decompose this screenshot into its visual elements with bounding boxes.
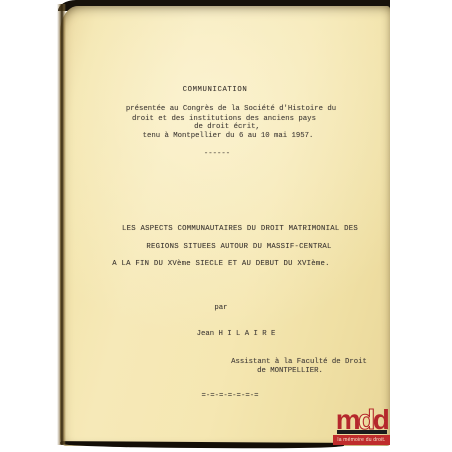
page-left-binding-shadow bbox=[57, 4, 66, 445]
page-bottom-edge-shadow bbox=[60, 441, 344, 449]
affiliation-line-2: de MONTPELLIER. bbox=[125, 367, 452, 375]
main-title-line-2: REGIONS SITUEES AUTOUR DU MASSIF-CENTRAL bbox=[74, 243, 404, 251]
byline-par-label: par bbox=[56, 304, 386, 312]
scanned-document-photo: COMMUNICATION présentée au Congrès de la… bbox=[0, 0, 452, 452]
logo-letter-m: m bbox=[336, 404, 358, 435]
divider-dashes-bottom: =-=-=-=-=-=-= bbox=[65, 392, 395, 400]
document-title-page: COMMUNICATION présentée au Congrès de la… bbox=[60, 6, 390, 446]
main-title-line-3: A LA FIN DU XVème SIECLE ET AU DEBUT DU … bbox=[56, 260, 386, 268]
kicker-communication: COMMUNICATION bbox=[50, 86, 380, 94]
logo-letter-d: d bbox=[373, 404, 388, 435]
affiliation-line-1: Assistant à la Faculté de Droit bbox=[134, 358, 452, 366]
author-name: Jean H I L A I R E bbox=[71, 330, 401, 338]
main-title-line-1: LES ASPECTS COMMUNAUTAIRES DU DROIT MATR… bbox=[75, 225, 405, 233]
mdd-logo-letters: mdd bbox=[333, 406, 390, 433]
presentation-line-1: présentée au Congrès de la Société d'His… bbox=[66, 105, 396, 113]
presentation-line-4: tenu à Montpellier du 6 au 10 mai 1957. bbox=[63, 132, 393, 140]
presentation-line-3: de droit écrit, bbox=[62, 123, 392, 131]
divider-dashes-top: ------ bbox=[52, 150, 382, 158]
logo-letter-d-outline: d bbox=[358, 404, 373, 435]
logo-tagline-text: la mémoire du droit. bbox=[333, 435, 390, 445]
mdd-watermark-logo: mdd la mémoire du droit. bbox=[333, 406, 390, 445]
presentation-line-2: droit et des institutions des anciens pa… bbox=[59, 115, 389, 123]
